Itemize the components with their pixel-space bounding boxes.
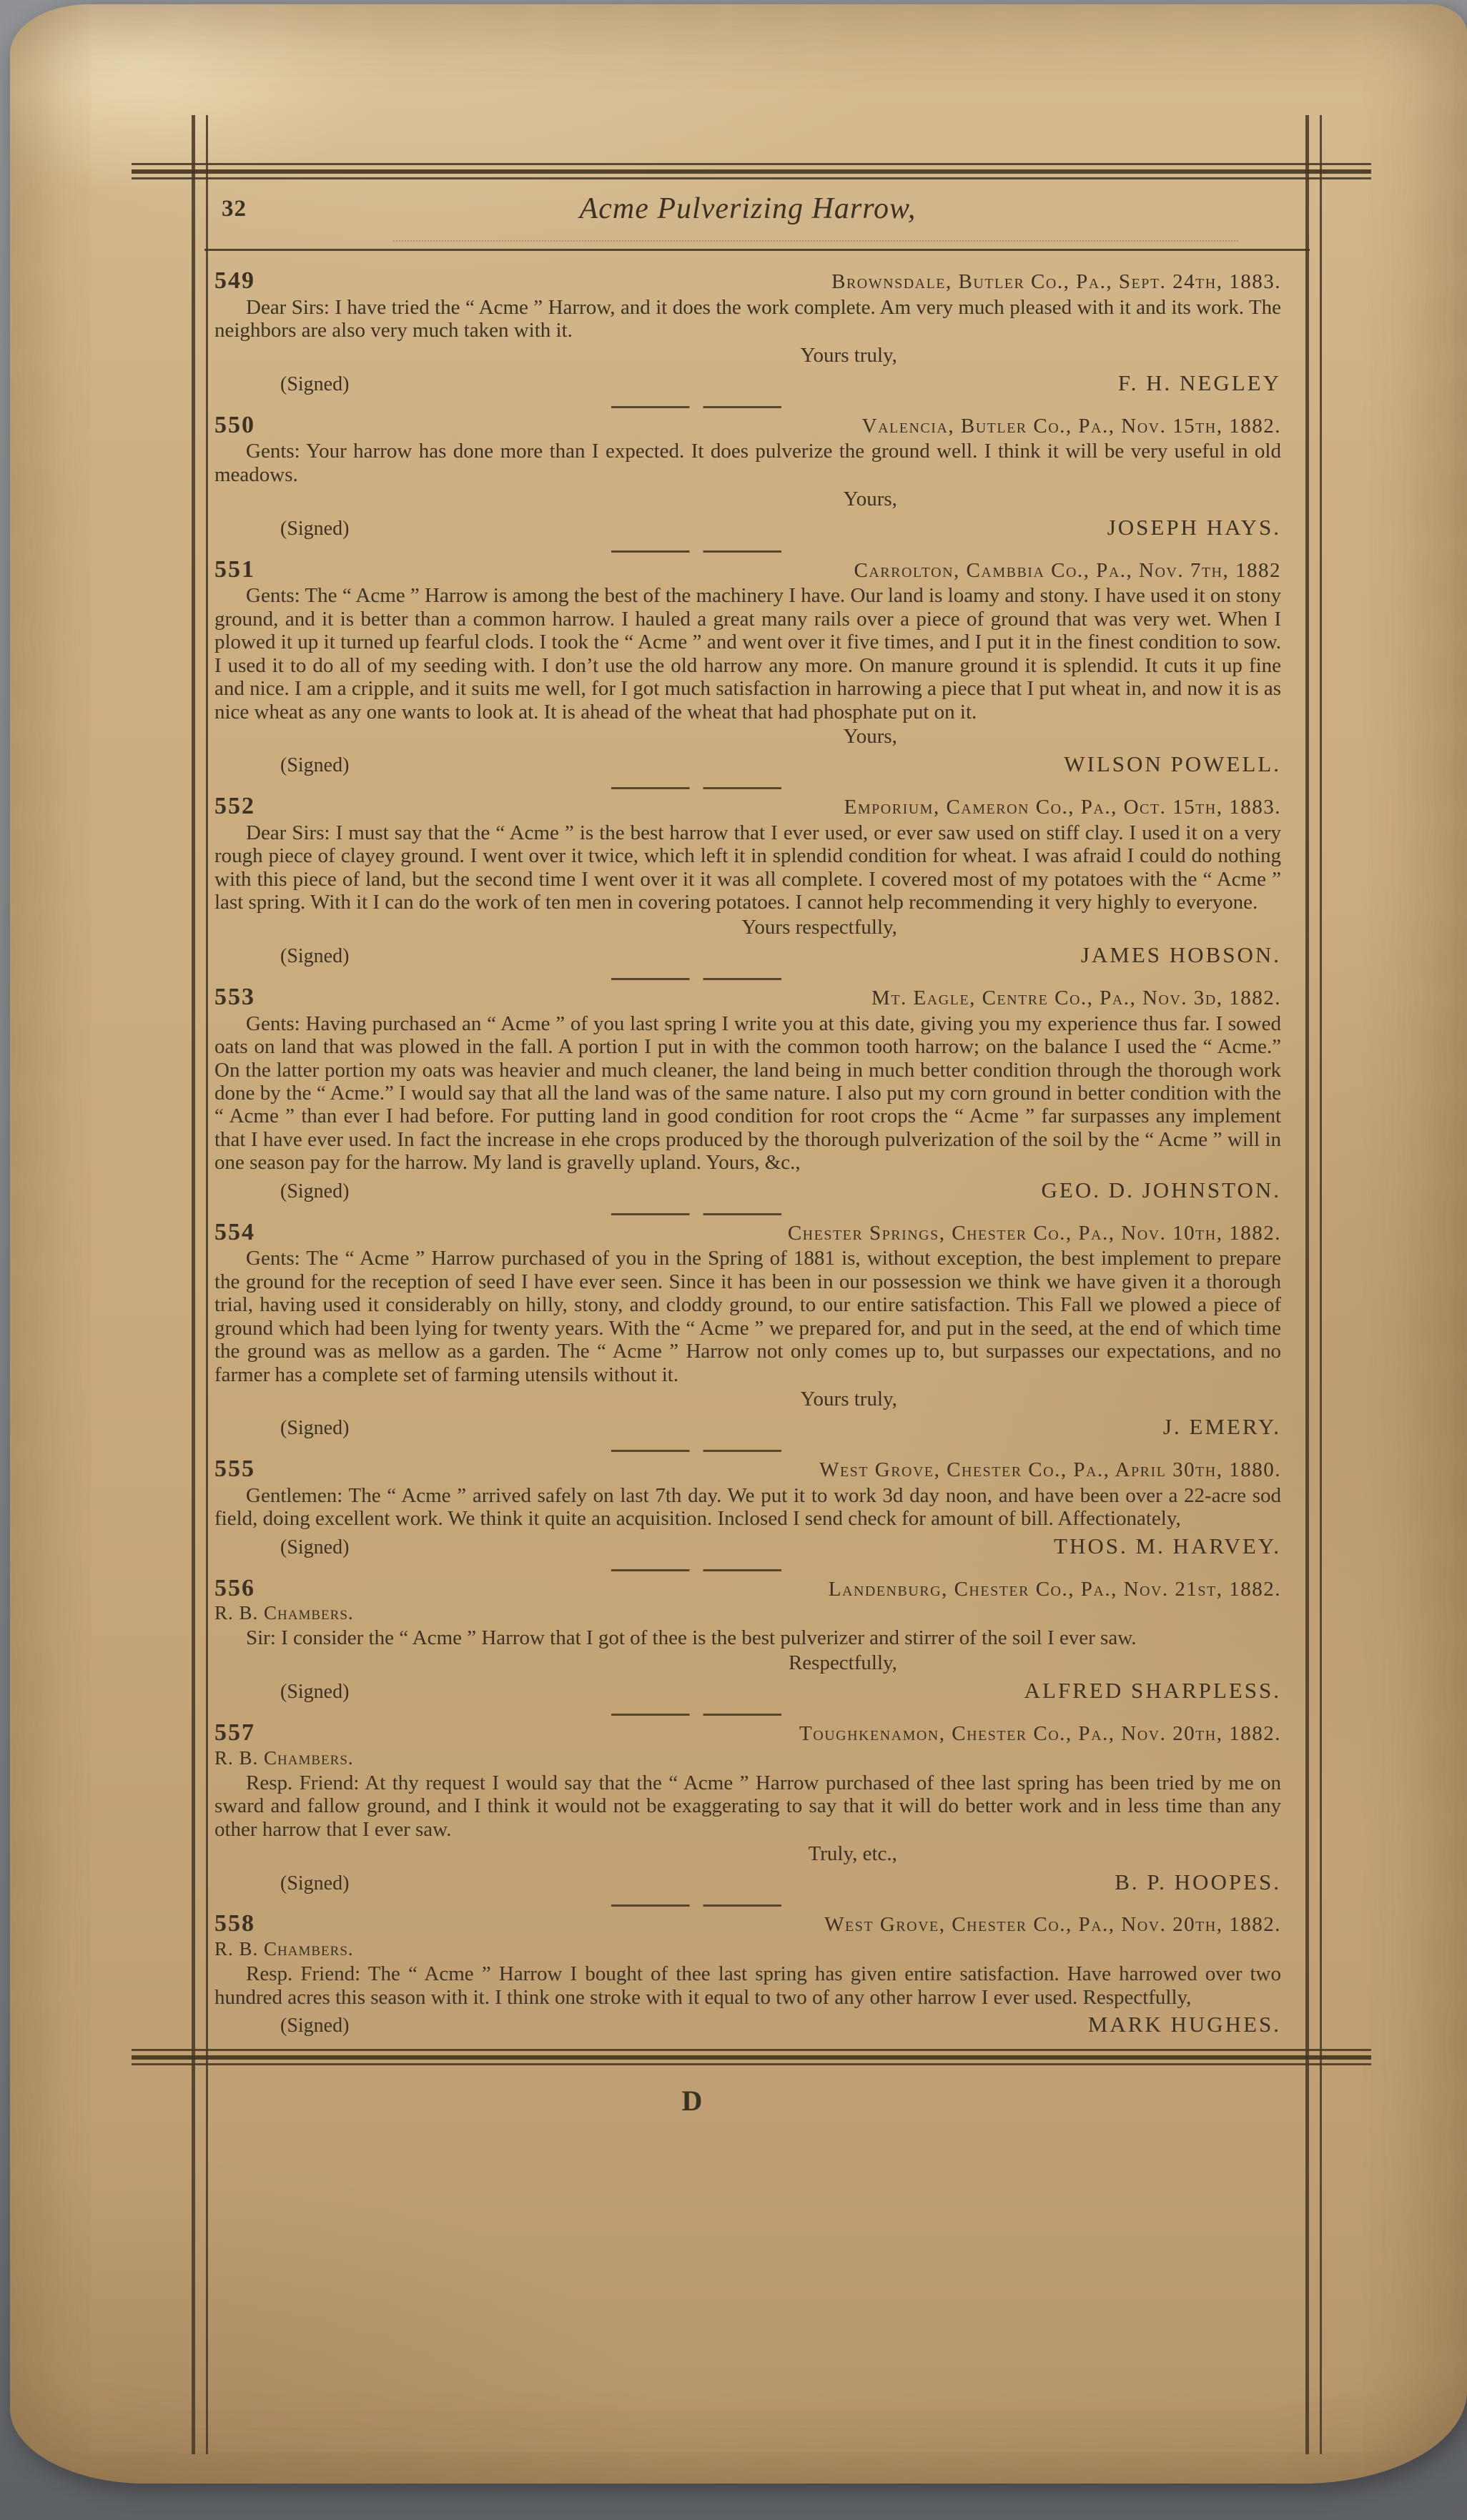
section-divider xyxy=(611,978,781,980)
signed-label: (Signed) xyxy=(280,374,349,396)
testimonial-addressee: R. B. Chambers. xyxy=(214,1602,1281,1624)
signature-name: B. P. HOOPES. xyxy=(1115,1870,1281,1894)
signature-name: ALFRED SHARPLESS. xyxy=(1024,1679,1281,1703)
testimonial: 549 Brownsdale, Butler Co., Pa., Sept. 2… xyxy=(214,268,1281,408)
signed-label: (Signed) xyxy=(280,946,349,968)
testimonial-number: 553 xyxy=(214,984,255,1010)
testimonial-dateline: Toughkenamon, Chester Co., Pa., Nov. 20t… xyxy=(799,1723,1281,1744)
testimonial-dateline: Mt. Eagle, Centre Co., Pa., Nov. 3d, 188… xyxy=(871,987,1281,1009)
testimonial-head: 549 Brownsdale, Butler Co., Pa., Sept. 2… xyxy=(214,268,1281,294)
testimonial-valediction: Yours respectfully, xyxy=(214,916,1281,939)
section-divider xyxy=(611,1450,781,1452)
testimonial-body: Resp. Friend: At thy request I would say… xyxy=(214,1772,1281,1841)
signed-label: (Signed) xyxy=(280,1418,349,1440)
book-page: 32 Acme Pulverizing Harrow, 549 Brownsda… xyxy=(10,4,1467,2484)
testimonial-body: Gentlemen: The “ Acme ” arrived safely o… xyxy=(214,1484,1281,1531)
section-divider xyxy=(611,406,781,408)
testimonial: 552 Emporium, Cameron Co., Pa., Oct. 15t… xyxy=(214,794,1281,980)
page-number: 32 xyxy=(222,196,247,222)
testimonial-signature-row: (Signed) B. P. HOOPES. xyxy=(214,1870,1281,1895)
testimonial-number: 555 xyxy=(214,1456,255,1482)
running-title: Acme Pulverizing Harrow, xyxy=(214,184,1281,226)
testimonial-signature-row: (Signed) THOS. M. HARVEY. xyxy=(214,1534,1281,1559)
testimonial-body: Resp. Friend: The “ Acme ” Harrow I boug… xyxy=(214,1962,1281,2009)
testimonial-head: 556 Landenburg, Chester Co., Pa., Nov. 2… xyxy=(214,1576,1281,1601)
testimonial-dateline: Valencia, Butler Co., Pa., Nov. 15th, 18… xyxy=(862,415,1281,437)
signed-label: (Signed) xyxy=(280,1873,349,1895)
testimonial-signature-row: (Signed) JAMES HOBSON. xyxy=(214,943,1281,968)
testimonial-head: 555 West Grove, Chester Co., Pa., April … xyxy=(214,1456,1281,1482)
testimonial-head: 550 Valencia, Butler Co., Pa., Nov. 15th… xyxy=(214,412,1281,438)
signature-name: JAMES HOBSON. xyxy=(1081,943,1281,967)
section-divider xyxy=(611,1714,781,1716)
testimonial: 556 Landenburg, Chester Co., Pa., Nov. 2… xyxy=(214,1576,1281,1716)
testimonial-valediction: Yours, xyxy=(214,488,1281,511)
signed-label: (Signed) xyxy=(280,518,349,540)
signed-label: (Signed) xyxy=(280,1181,349,1203)
testimonial: 557 Toughkenamon, Chester Co., Pa., Nov.… xyxy=(214,1720,1281,1907)
testimonial-addressee: R. B. Chambers. xyxy=(214,1938,1281,1960)
signed-label: (Signed) xyxy=(280,755,349,777)
testimonial-number: 554 xyxy=(214,1220,255,1245)
printer-signature-mark: D xyxy=(159,2084,1225,2118)
testimonial: 553 Mt. Eagle, Centre Co., Pa., Nov. 3d,… xyxy=(214,984,1281,1215)
testimonial: 551 Carrolton, Cambbia Co., Pa., Nov. 7t… xyxy=(214,557,1281,790)
testimonial-valediction: Yours, xyxy=(214,725,1281,748)
testimonial-number: 552 xyxy=(214,794,255,819)
testimonial-signature-row: (Signed) F. H. NEGLEY xyxy=(214,371,1281,396)
ghost-rule xyxy=(393,240,1238,242)
testimonial-number: 557 xyxy=(214,1720,255,1746)
testimonial-head: 553 Mt. Eagle, Centre Co., Pa., Nov. 3d,… xyxy=(214,984,1281,1010)
section-divider xyxy=(611,550,781,553)
signature-name: MARK HUGHES. xyxy=(1088,2012,1281,2037)
signature-name: JOSEPH HAYS. xyxy=(1107,515,1281,540)
testimonial: 555 West Grove, Chester Co., Pa., April … xyxy=(214,1456,1281,1571)
signed-label: (Signed) xyxy=(280,1681,349,1704)
testimonial-body: Dear Sirs: I have tried the “ Acme ” Har… xyxy=(214,296,1281,342)
testimonial-number: 558 xyxy=(214,1911,255,1937)
testimonial-signature-row: (Signed) GEO. D. JOHNSTON. xyxy=(214,1178,1281,1203)
testimonial-number: 556 xyxy=(214,1576,255,1601)
testimonial-body: Sir: I consider the “ Acme ” Harrow that… xyxy=(214,1626,1281,1649)
testimonial-signature-row: (Signed) MARK HUGHES. xyxy=(214,2012,1281,2037)
testimonial-signature-row: (Signed) WILSON POWELL. xyxy=(214,752,1281,777)
head-rule xyxy=(204,249,1310,251)
testimonial: 554 Chester Springs, Chester Co., Pa., N… xyxy=(214,1220,1281,1453)
testimonial-body: Gents: Your harrow has done more than I … xyxy=(214,440,1281,486)
section-divider xyxy=(611,787,781,789)
signature-name: GEO. D. JOHNSTON. xyxy=(1042,1178,1281,1202)
frame-rule-bottom xyxy=(132,2049,1371,2065)
section-divider xyxy=(611,1213,781,1215)
section-divider xyxy=(611,1904,781,1907)
testimonial-signature-row: (Signed) ALFRED SHARPLESS. xyxy=(214,1679,1281,1704)
testimonial-valediction: Yours truly, xyxy=(214,1388,1281,1411)
signature-name: F. H. NEGLEY xyxy=(1118,371,1281,395)
testimonial-head: 558 West Grove, Chester Co., Pa., Nov. 2… xyxy=(214,1911,1281,1937)
testimonial-head: 552 Emporium, Cameron Co., Pa., Oct. 15t… xyxy=(214,794,1281,819)
testimonial-dateline: Carrolton, Cambbia Co., Pa., Nov. 7th, 1… xyxy=(854,560,1281,581)
testimonial-list: 549 Brownsdale, Butler Co., Pa., Sept. 2… xyxy=(214,268,1281,2037)
testimonial-signature-row: (Signed) JOSEPH HAYS. xyxy=(214,515,1281,540)
testimonial-dateline: Chester Springs, Chester Co., Pa., Nov. … xyxy=(788,1222,1281,1244)
testimonial-signature-row: (Signed) J. EMERY. xyxy=(214,1415,1281,1440)
testimonial-body: Gents: The “ Acme ” Harrow purchased of … xyxy=(214,1247,1281,1386)
signature-name: WILSON POWELL. xyxy=(1064,752,1281,776)
testimonial-dateline: West Grove, Chester Co., Pa., April 30th… xyxy=(819,1459,1281,1481)
testimonial-head: 557 Toughkenamon, Chester Co., Pa., Nov.… xyxy=(214,1720,1281,1746)
page-content: 32 Acme Pulverizing Harrow, 549 Brownsda… xyxy=(214,184,1281,2118)
testimonial-valediction: Respectfully, xyxy=(214,1651,1281,1675)
testimonial-number: 551 xyxy=(214,557,255,583)
testimonial-dateline: West Grove, Chester Co., Pa., Nov. 20th,… xyxy=(824,1914,1281,1935)
testimonial-dateline: Brownsdale, Butler Co., Pa., Sept. 24th,… xyxy=(831,271,1281,292)
testimonial-dateline: Landenburg, Chester Co., Pa., Nov. 21st,… xyxy=(829,1578,1281,1600)
testimonial-dateline: Emporium, Cameron Co., Pa., Oct. 15th, 1… xyxy=(844,796,1281,818)
testimonial-body: Dear Sirs: I must say that the “ Acme ” … xyxy=(214,821,1281,914)
signed-label: (Signed) xyxy=(280,1537,349,1559)
testimonial-head: 554 Chester Springs, Chester Co., Pa., N… xyxy=(214,1220,1281,1245)
testimonial-valediction: Yours truly, xyxy=(214,344,1281,367)
testimonial-body: Gents: The “ Acme ” Harrow is among the … xyxy=(214,584,1281,723)
scanned-book-photo: 32 Acme Pulverizing Harrow, 549 Brownsda… xyxy=(0,0,1467,2520)
signed-label: (Signed) xyxy=(280,2015,349,2037)
testimonial-number: 549 xyxy=(214,268,255,294)
testimonial: 558 West Grove, Chester Co., Pa., Nov. 2… xyxy=(214,1911,1281,2037)
testimonial-addressee: R. B. Chambers. xyxy=(214,1747,1281,1769)
testimonial: 550 Valencia, Butler Co., Pa., Nov. 15th… xyxy=(214,412,1281,553)
running-head: 32 Acme Pulverizing Harrow, xyxy=(214,184,1281,237)
testimonial-head: 551 Carrolton, Cambbia Co., Pa., Nov. 7t… xyxy=(214,557,1281,583)
signature-name: THOS. M. HARVEY. xyxy=(1054,1534,1281,1558)
testimonial-valediction: Truly, etc., xyxy=(214,1842,1281,1866)
frame-rule-right xyxy=(1305,115,1322,2454)
testimonial-number: 550 xyxy=(214,412,255,438)
testimonial-body: Gents: Having purchased an “ Acme ” of y… xyxy=(214,1012,1281,1175)
frame-rule-top xyxy=(132,163,1371,179)
signature-name: J. EMERY. xyxy=(1163,1415,1281,1439)
section-divider xyxy=(611,1569,781,1571)
